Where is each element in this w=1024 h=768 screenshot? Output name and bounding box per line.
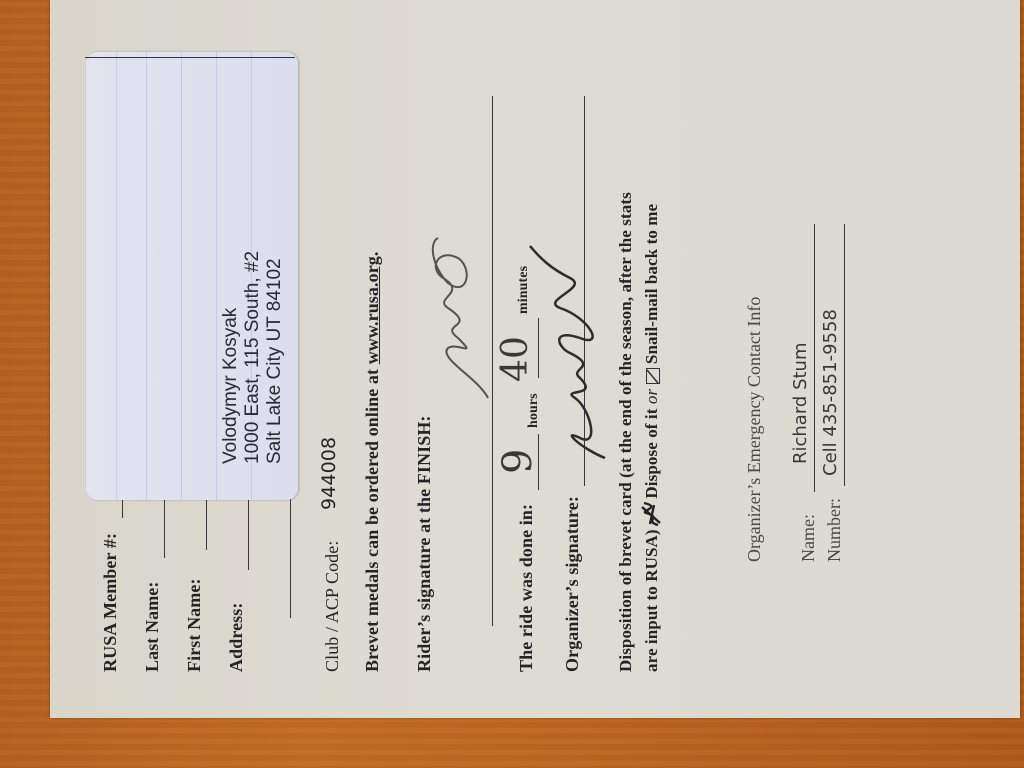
emergency-name-line [814, 224, 815, 492]
address-line [248, 496, 249, 570]
emergency-number-value: Cell 435-851-9558 [820, 309, 841, 476]
emergency-contact-title: Organizer’s Emergency Contact Info [744, 297, 765, 562]
emergency-name-value: Richard Stum [790, 343, 811, 465]
hours-value: 9 [495, 448, 541, 474]
emergency-name-label: Name: [798, 514, 819, 562]
rusa-url-link[interactable]: www.rusa.org [362, 256, 382, 364]
mail-option: Snail-mail back to me [642, 204, 661, 364]
sticker-city: Salt Lake City UT 84102 [264, 251, 286, 464]
brevet-card: RUSA Member #: Last Name: First Name: Ad… [50, 0, 1020, 718]
rider-signature-label: Rider’s signature at the FINISH: [414, 415, 435, 672]
dispose-checkbox-checked[interactable] [645, 503, 661, 525]
sticker-name: Volodymyr Kosyak [220, 251, 242, 464]
mail-checkbox[interactable] [646, 368, 660, 384]
minutes-value: 40 [495, 336, 536, 382]
emergency-number-line [844, 224, 845, 486]
rider-signature-scribble [418, 218, 496, 418]
club-code-value: 944008 [318, 437, 340, 510]
hours-label: hours [526, 393, 542, 428]
address-sticker: Volodymyr Kosyak 1000 East, 115 South, #… [86, 52, 298, 500]
minutes-line [538, 318, 539, 378]
first-name-label: First Name: [184, 578, 205, 672]
disposition-line-1: Disposition of brevet card (at the end o… [616, 192, 636, 672]
organizer-signature-line [584, 96, 585, 486]
address-label: Address: [226, 603, 247, 672]
sticker-street: 1000 East, 115 South, #2 [242, 251, 264, 464]
last-name-label: Last Name: [142, 582, 163, 672]
first-name-line [206, 496, 207, 550]
dispose-option: Dispose of it [642, 409, 661, 499]
medals-text: Brevet medals can be ordered online at w… [362, 251, 383, 672]
disposition-line-2: are input to RUSA) Dispose of it or Snai… [642, 204, 662, 672]
minutes-label: minutes [516, 266, 532, 314]
emergency-number-label: Number: [824, 498, 845, 562]
sticker-right-rule [85, 57, 295, 58]
last-name-line [164, 496, 165, 558]
ride-time-label: The ride was done in: [516, 504, 537, 672]
organizer-signature-label: Organizer’s signature: [562, 496, 583, 672]
or-text: or [642, 389, 661, 404]
club-code-label: Club / ACP Code: [322, 541, 343, 672]
address-sticker-text: Volodymyr Kosyak 1000 East, 115 South, #… [220, 251, 286, 464]
rusa-member-label: RUSA Member #: [100, 533, 121, 672]
rider-signature-line [492, 96, 493, 626]
